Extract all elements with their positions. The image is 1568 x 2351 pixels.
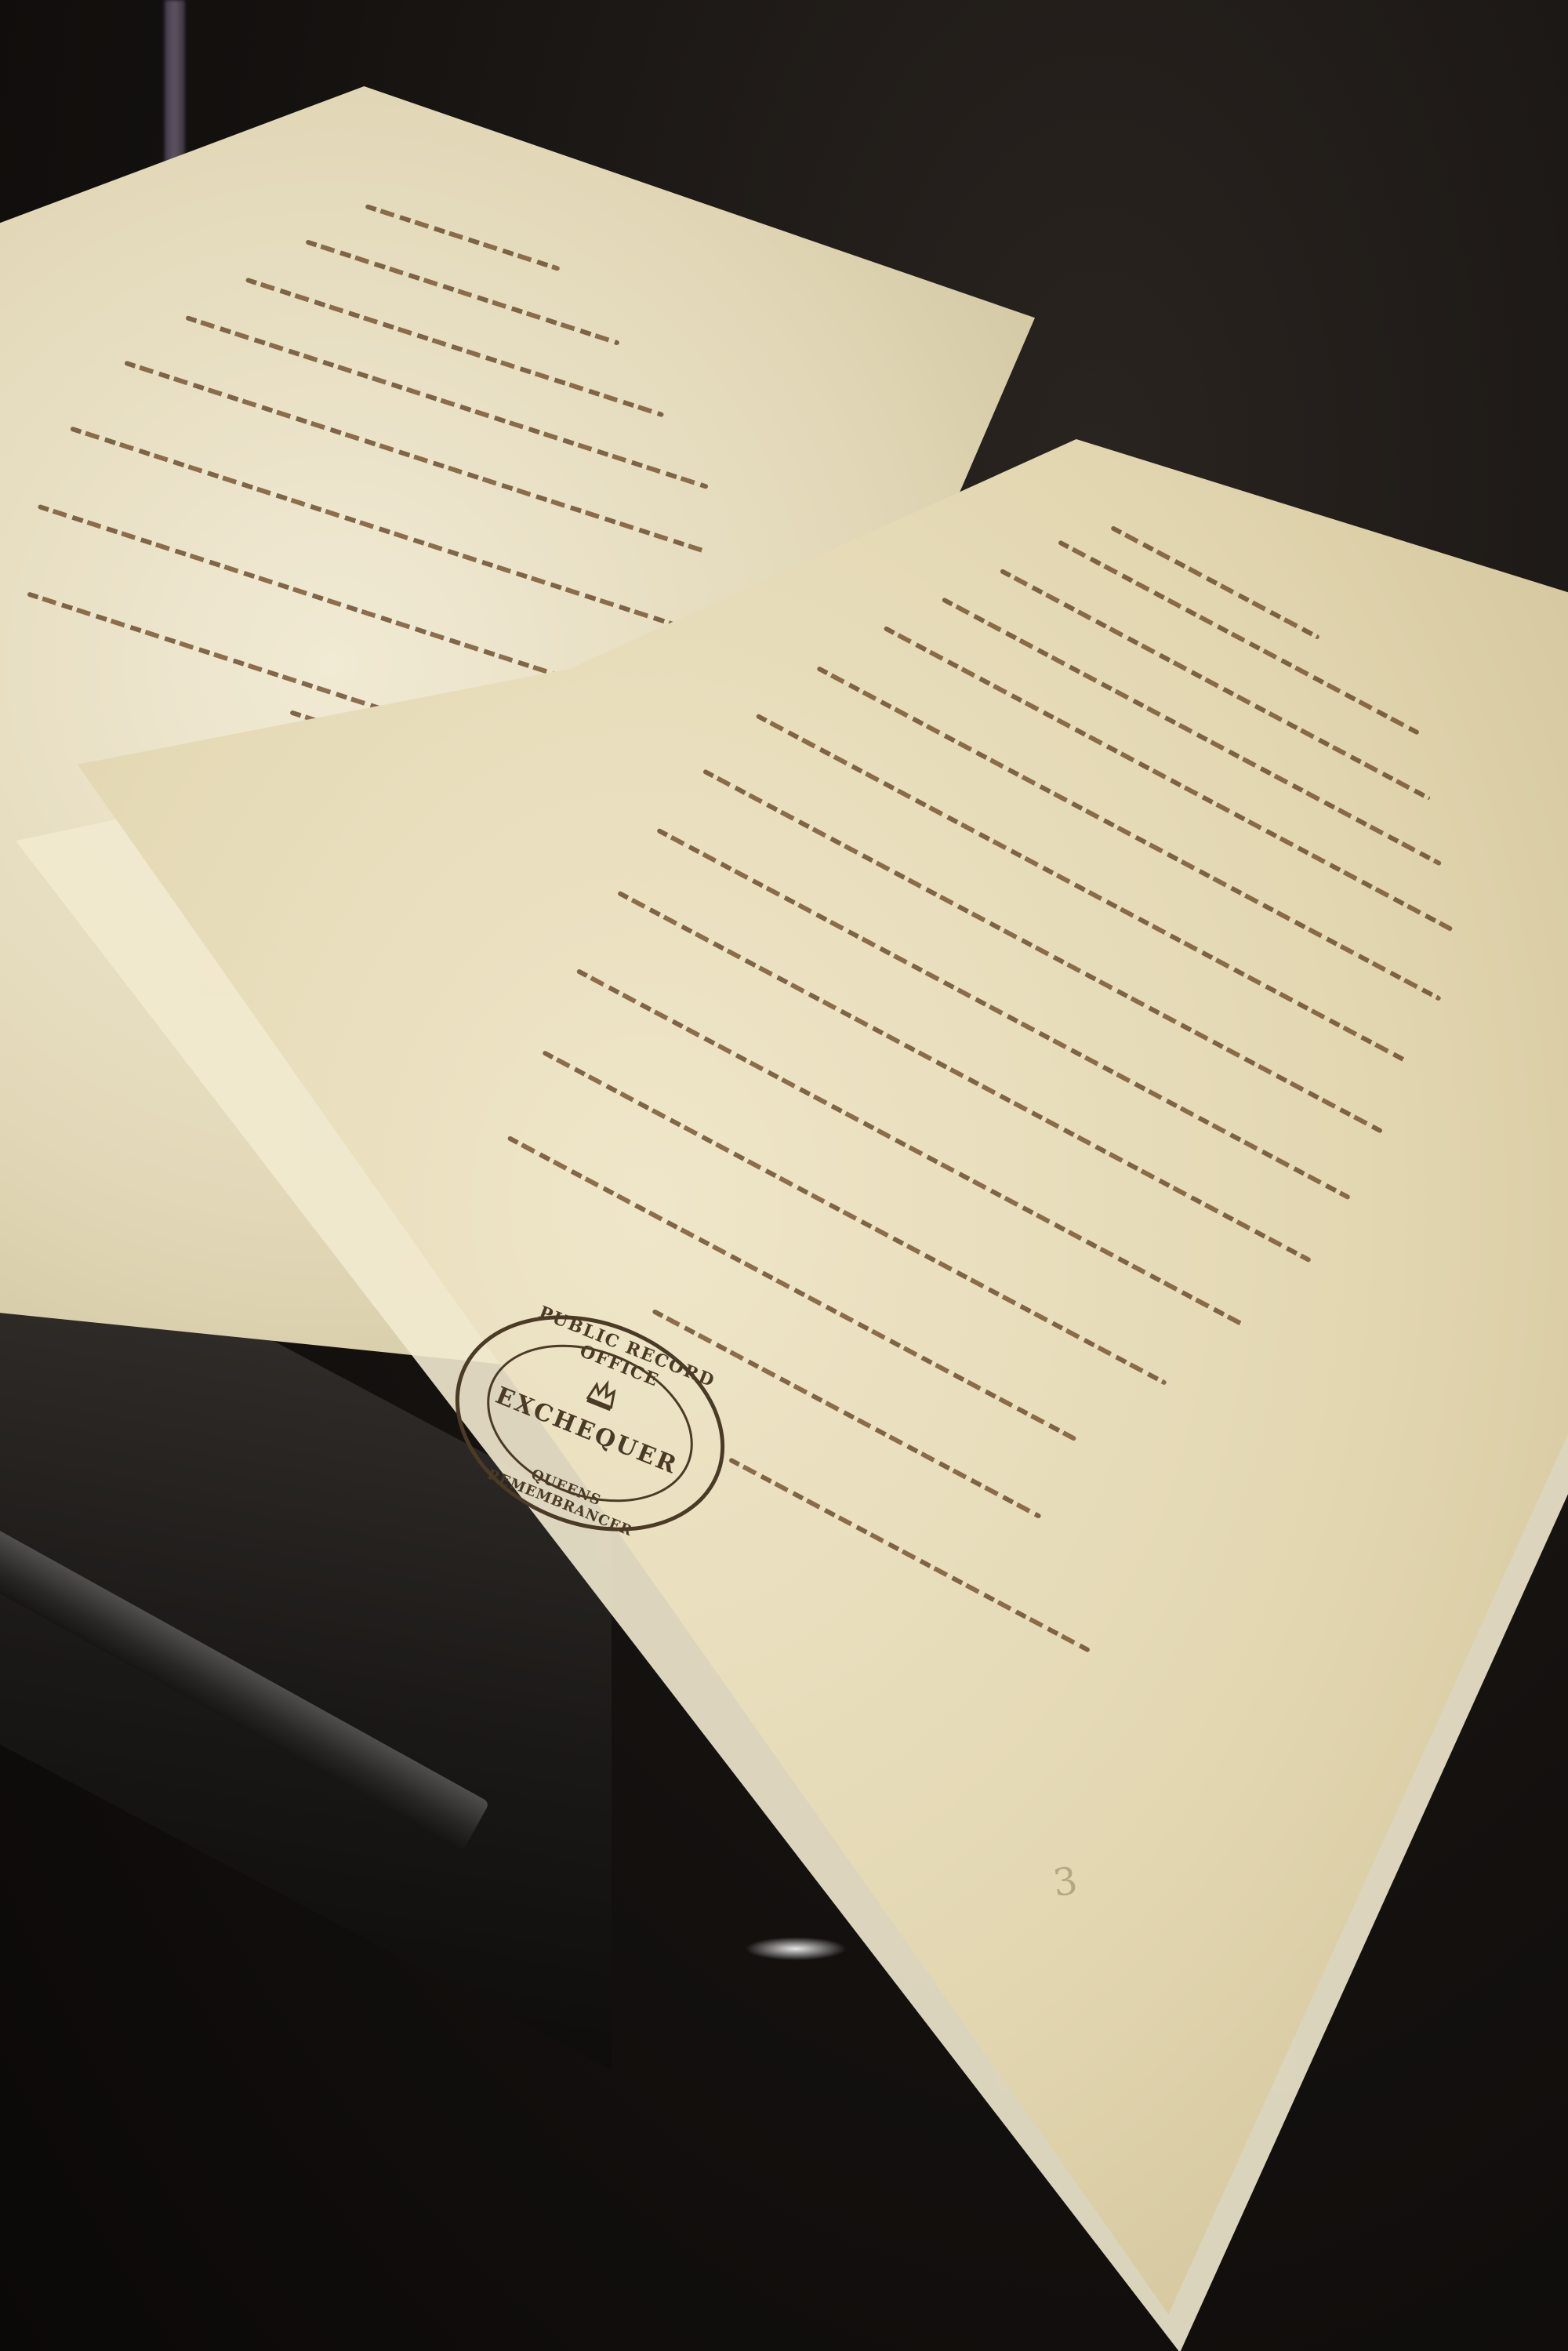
display-case-scene: PUBLIC RECORD OFFICE EXCHEQUER QUEENS RE… — [0, 0, 1568, 2351]
handwriting-line — [656, 828, 1351, 1201]
handwriting-line — [702, 769, 1383, 1133]
handwriting-line — [884, 626, 1454, 932]
handwriting-line — [305, 239, 619, 345]
handwriting-line — [1058, 540, 1420, 735]
handwriting-line — [728, 1457, 1091, 1652]
handwriting-line — [1000, 569, 1431, 801]
glass-glare — [745, 1937, 847, 1960]
handwriting-line — [38, 504, 606, 693]
handwriting-line — [756, 714, 1409, 1064]
handwriting-line — [816, 666, 1441, 1001]
handwriting-line — [70, 426, 683, 629]
handwriting-line — [576, 968, 1243, 1326]
handwriting-line — [365, 204, 560, 271]
handwriting-line — [942, 597, 1443, 866]
folio-number: 3 — [1051, 1855, 1106, 1924]
handwriting-line — [245, 278, 664, 418]
handwriting-line — [617, 891, 1312, 1263]
